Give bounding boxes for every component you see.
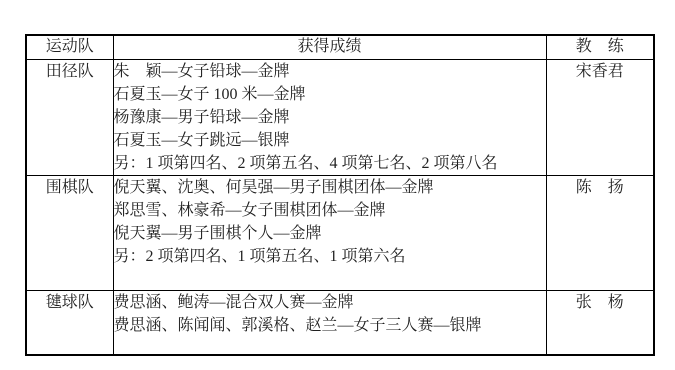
achievement-line: 另：2 项第四名、1 项第五名、1 项第六名: [114, 245, 546, 268]
achievement-line: 另：1 项第四名、2 项第五名、4 项第七名、2 项第八名: [114, 152, 546, 175]
achievement-line: 杨豫康—男子铅球—金牌: [114, 106, 546, 129]
achievement-line: 倪天翼—男子围棋个人—金牌: [114, 222, 546, 245]
document-page: 运动队 获得成绩 教 练 田径队 朱 颖—女子铅球—金牌 石夏玉—女子 100 …: [0, 0, 675, 370]
header-achievements: 获得成绩: [113, 35, 546, 59]
results-table: 运动队 获得成绩 教 练 田径队 朱 颖—女子铅球—金牌 石夏玉—女子 100 …: [25, 34, 655, 356]
achievement-line: 石夏玉—女子 100 米—金牌: [114, 83, 546, 106]
table-header-row: 运动队 获得成绩 教 练: [26, 35, 654, 59]
achievement-line: 费思涵、鲍涛—混合双人赛—金牌: [114, 291, 546, 314]
achievements-cell: 朱 颖—女子铅球—金牌 石夏玉—女子 100 米—金牌 杨豫康—男子铅球—金牌 …: [113, 59, 546, 175]
coach-name: 陈 扬: [546, 175, 654, 290]
achievements-cell: 倪天翼、沈奥、何昊强—男子围棋团体—金牌 郑思雪、林豪希—女子围棋团体—金牌 倪…: [113, 175, 546, 290]
coach-name: 张 杨: [546, 290, 654, 355]
achievement-line: 石夏玉—女子跳远—银牌: [114, 129, 546, 152]
achievement-line: 郑思雪、林豪希—女子围棋团体—金牌: [114, 199, 546, 222]
table-row: 毽球队 费思涵、鲍涛—混合双人赛—金牌 费思涵、陈闻闻、郭溪格、赵兰—女子三人赛…: [26, 290, 654, 355]
achievement-line: 倪天翼、沈奥、何昊强—男子围棋团体—金牌: [114, 176, 546, 199]
achievement-line: 费思涵、陈闻闻、郭溪格、赵兰—女子三人赛—银牌: [114, 314, 546, 337]
achievements-cell: 费思涵、鲍涛—混合双人赛—金牌 费思涵、陈闻闻、郭溪格、赵兰—女子三人赛—银牌: [113, 290, 546, 355]
header-team: 运动队: [26, 35, 113, 59]
header-coach: 教 练: [546, 35, 654, 59]
coach-name: 宋香君: [546, 59, 654, 175]
team-name: 田径队: [26, 59, 113, 175]
team-name: 毽球队: [26, 290, 113, 355]
achievement-line: 朱 颖—女子铅球—金牌: [114, 60, 546, 83]
table-row: 围棋队 倪天翼、沈奥、何昊强—男子围棋团体—金牌 郑思雪、林豪希—女子围棋团体—…: [26, 175, 654, 290]
team-name: 围棋队: [26, 175, 113, 290]
table-row: 田径队 朱 颖—女子铅球—金牌 石夏玉—女子 100 米—金牌 杨豫康—男子铅球…: [26, 59, 654, 175]
